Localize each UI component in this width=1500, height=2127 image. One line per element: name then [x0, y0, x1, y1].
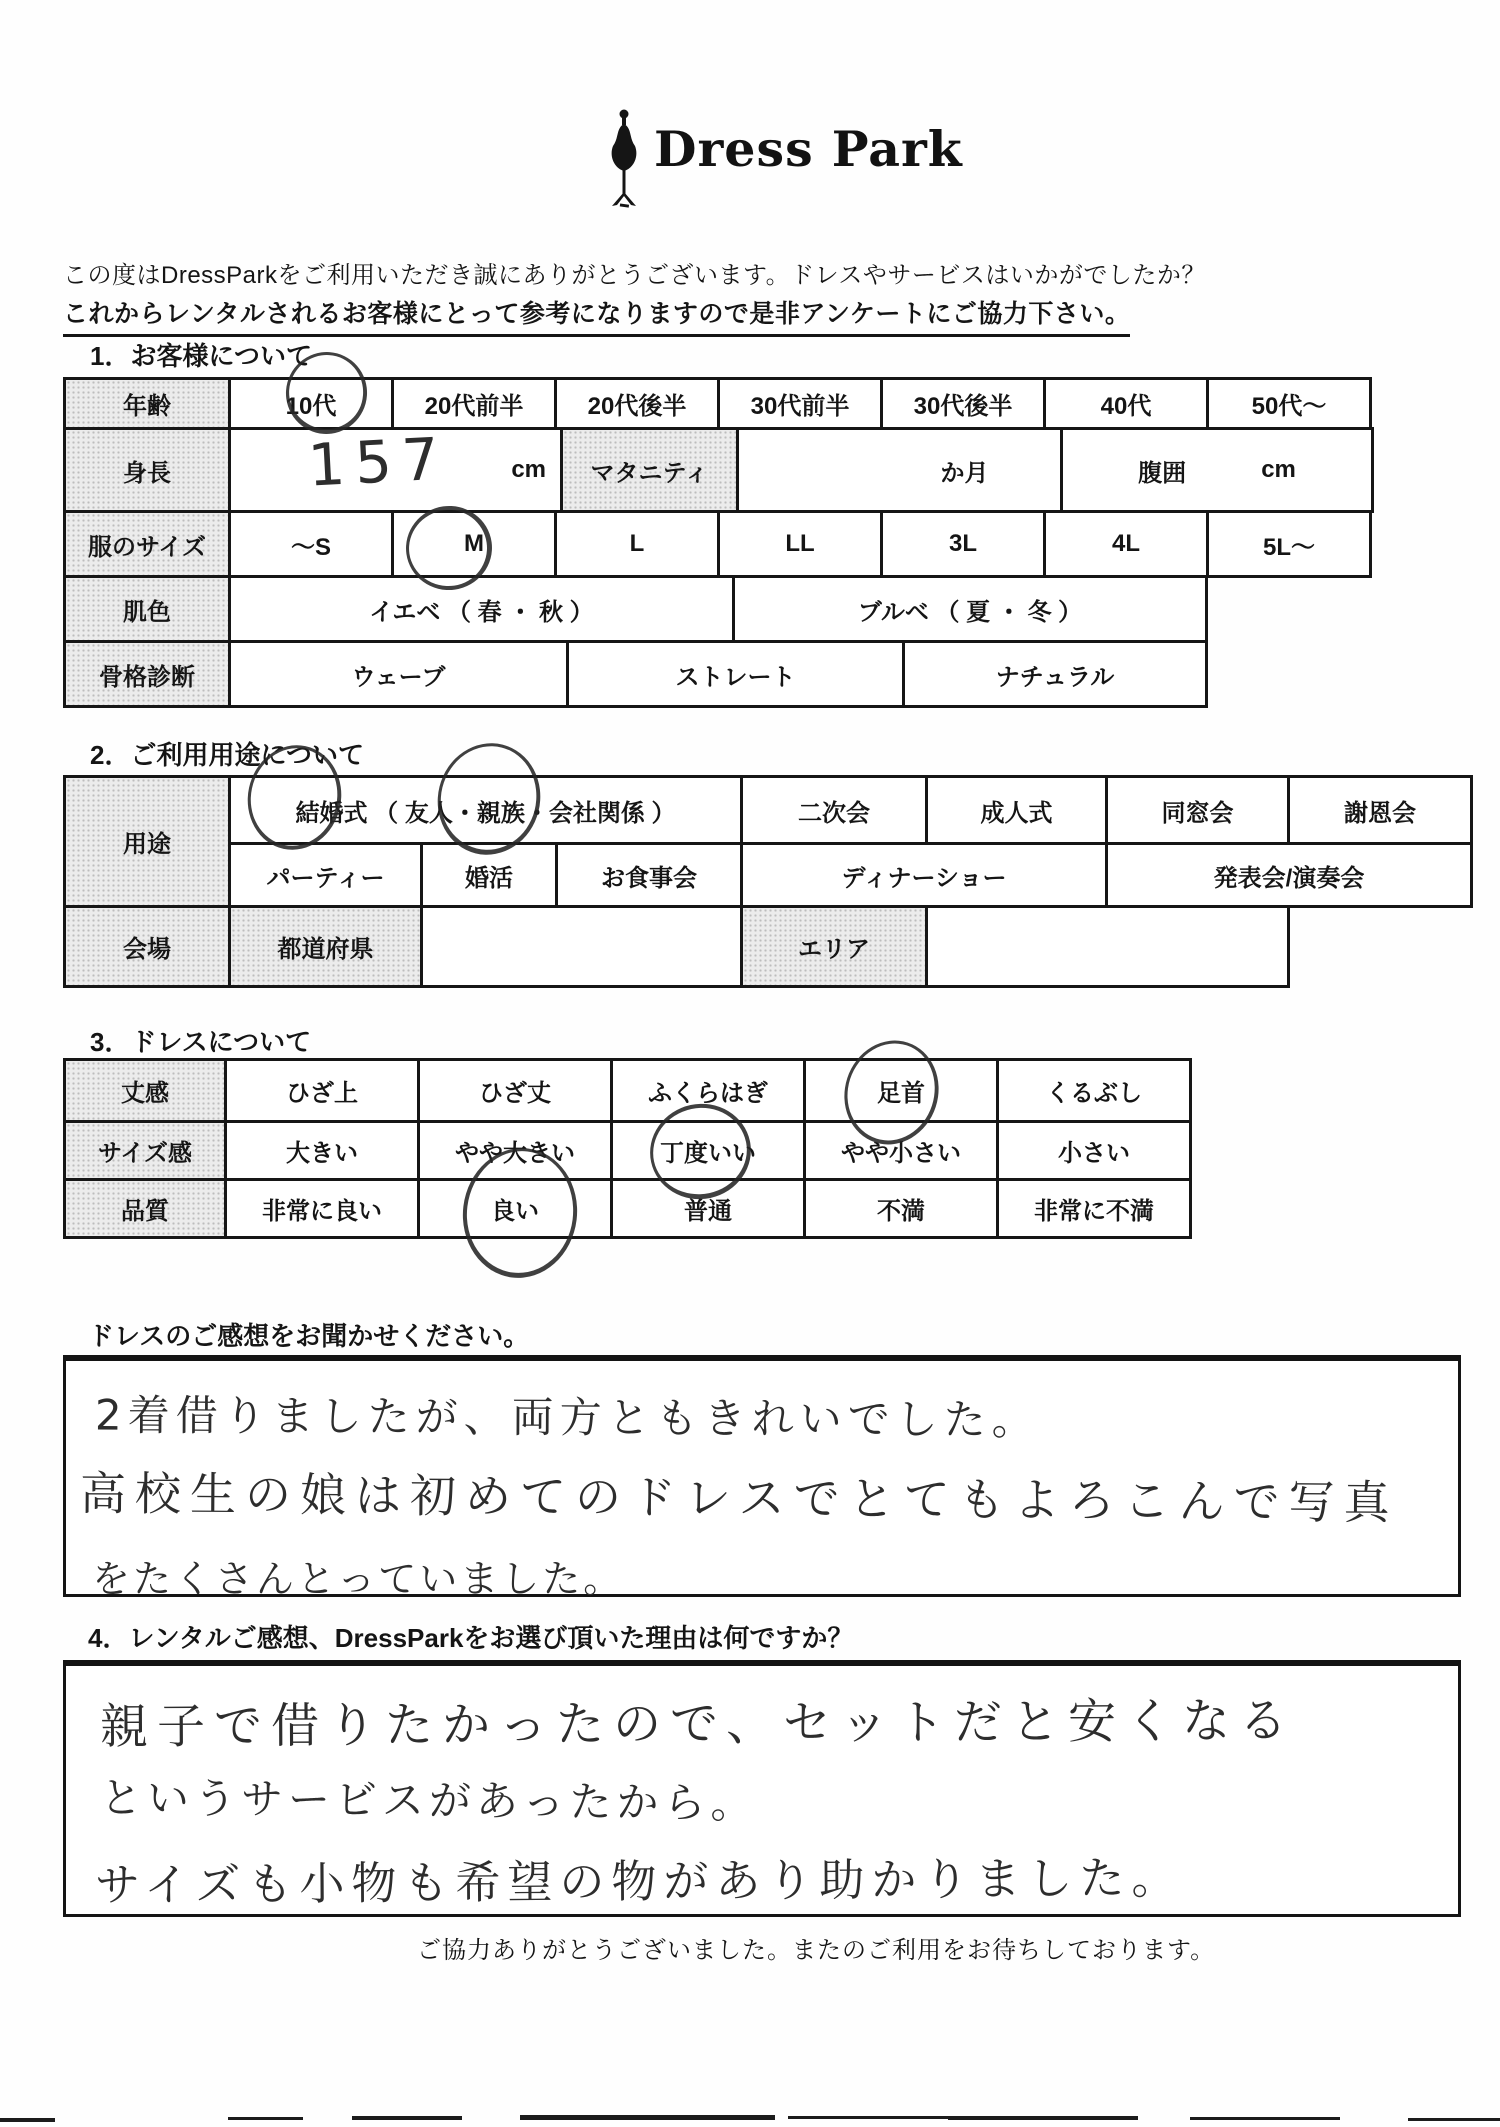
scan-artifact — [1190, 2117, 1340, 2120]
venue-row-label: 会場 — [63, 905, 231, 988]
fit-row-label: サイズ感 — [63, 1120, 227, 1181]
usage-row-1: 結婚式 （ 友人・親族・会社関係 ） 二次会 成人式 同窓会 謝恩会 — [228, 775, 1473, 845]
usage-option: お食事会 — [555, 842, 743, 908]
length-option: ひざ丈 — [417, 1058, 613, 1123]
height-unit-label: cm — [511, 456, 546, 484]
frame-option: ストレート — [566, 640, 905, 708]
age-row-label: 年齢 — [63, 377, 231, 430]
handwritten-reason-line: 親子で借りたかったので、セットだと安くなる — [100, 1682, 1296, 1757]
scan-artifact — [520, 2115, 775, 2120]
age-option: 30代後半 — [880, 377, 1046, 430]
length-row-label: 丈感 — [63, 1058, 227, 1123]
fit-row: サイズ感 大きい やや大きい 丁度いい やや小さい 小さい — [63, 1120, 1192, 1181]
frame-diagnosis-row: 骨格診断 ウェーブ ストレート ナチュラル — [63, 640, 1208, 708]
age-row: 年齢 10代 20代前半 20代後半 30代前半 30代後半 40代 50代〜 — [63, 377, 1372, 430]
logo-text: Dress Park — [654, 120, 963, 178]
quality-option: 不満 — [803, 1178, 999, 1239]
usage-option: ディナーショー — [740, 842, 1108, 908]
handwritten-height-value: 157 — [306, 424, 450, 499]
scan-artifact — [0, 2118, 55, 2122]
usage-row-label: 用途 — [63, 775, 231, 908]
quality-option: 非常に不満 — [996, 1178, 1192, 1239]
section1-heading: 1．お客様について — [90, 336, 312, 373]
frame-option: ナチュラル — [902, 640, 1208, 708]
usage-option: パーティー — [228, 842, 423, 908]
usage-option: 謝恩会 — [1287, 775, 1473, 845]
size-option: L — [554, 510, 720, 578]
height-row-label: 身長 — [63, 427, 231, 513]
handwritten-reason-line: サイズも小物も希望の物があり助かりました。 — [95, 1841, 1184, 1914]
section4-heading: 4．レンタルご感想、DressParkをお選び頂いた理由は何ですか？ — [88, 1618, 853, 1655]
size-option: LL — [717, 510, 883, 578]
usage-option: 二次会 — [740, 775, 928, 845]
skin-tone-row: 肌色 イエベ （ 春 ・ 秋 ） ブルベ （ 夏 ・ 冬 ） — [63, 575, 1208, 643]
size-option: 5L〜 — [1206, 510, 1372, 578]
handwritten-reason-line: というサービスがあったから。 — [100, 1765, 758, 1831]
dress-form-icon — [600, 108, 648, 212]
skin-row-label: 肌色 — [63, 575, 231, 643]
handwritten-dress-comment-line: 高校生の娘は初めてのドレスでとてもよろこんで写真 — [80, 1457, 1399, 1532]
usage-option: 同窓会 — [1105, 775, 1290, 845]
waist-unit-label: cm — [1261, 456, 1296, 484]
venue-row: 会場 都道府県 エリア — [63, 905, 1290, 988]
venue-area-blank — [925, 905, 1290, 988]
quality-row-label: 品質 — [63, 1178, 227, 1239]
size-option: 〜S — [228, 510, 394, 578]
venue-prefecture-label: 都道府県 — [228, 905, 423, 988]
scan-artifact — [1408, 2118, 1500, 2121]
section3-heading: 3．ドレスについて — [90, 1022, 311, 1059]
age-option: 50代〜 — [1206, 377, 1372, 430]
scan-artifact — [352, 2116, 462, 2120]
waist-label: 腹囲 — [1138, 453, 1186, 488]
customer-table: 年齢 10代 20代前半 20代後半 30代前半 30代後半 40代 50代〜 … — [63, 377, 1383, 709]
waist-cell: 腹囲 cm — [1060, 427, 1374, 513]
venue-prefecture-blank — [420, 905, 743, 988]
skin-option: ブルベ （ 夏 ・ 冬 ） — [732, 575, 1208, 643]
handwritten-dress-comment-line: 2着借りましたが、両方ともきれいでした。 — [95, 1383, 1040, 1448]
skin-option: イエベ （ 春 ・ 秋 ） — [228, 575, 735, 643]
fit-option: 小さい — [996, 1120, 1192, 1181]
quality-option: 非常に良い — [224, 1178, 420, 1239]
length-option: ひざ上 — [224, 1058, 420, 1123]
months-label: か月 — [941, 453, 989, 488]
scan-artifact — [948, 2116, 1138, 2120]
usage-row-2: パーティー 婚活 お食事会 ディナーショー 発表会/演奏会 — [228, 842, 1473, 908]
clothing-size-row: 服のサイズ 〜S M L LL 3L 4L 5L〜 — [63, 510, 1372, 578]
age-option: 20代後半 — [554, 377, 720, 430]
scan-artifact — [228, 2117, 303, 2120]
frame-option: ウェーブ — [228, 640, 569, 708]
dress-feedback-prompt: ドレスのご感想をお聞かせください。 — [88, 1316, 529, 1353]
fit-option: 大きい — [224, 1120, 420, 1181]
age-option: 20代前半 — [391, 377, 557, 430]
frame-row-label: 骨格診断 — [63, 640, 231, 708]
survey-page: Dress Park この度はDressParkをご利用いただき誠にありがとうご… — [0, 0, 1500, 2127]
venue-area-label: エリア — [740, 905, 928, 988]
intro-thanks-text: この度はDressParkをご利用いただき誠にありがとうございます。ドレスやサー… — [63, 255, 1206, 290]
intro-request-text: これからレンタルされるお客様にとって参考になりますので是非アンケートにご協力下さ… — [63, 294, 1130, 337]
height-row: 身長 cm マタニティ か月 腹囲 cm — [63, 427, 1374, 513]
usage-option: 成人式 — [925, 775, 1108, 845]
length-row: 丈感 ひざ上 ひざ丈 ふくらはぎ 足首 くるぶし — [63, 1058, 1192, 1123]
age-option: 30代前半 — [717, 377, 883, 430]
footer-thanks-text: ご協力ありがとうございました。またのご利用をお待ちしております。 — [417, 1930, 1215, 1965]
age-option: 40代 — [1043, 377, 1209, 430]
maternity-label: マタニティ — [560, 427, 739, 513]
scan-artifact — [788, 2116, 953, 2119]
handwritten-dress-comment-line: をたくさんとっていました。 — [92, 1548, 624, 1603]
size-option: 3L — [880, 510, 1046, 578]
quality-row: 品質 非常に良い 良い 普通 不満 非常に不満 — [63, 1178, 1192, 1239]
size-option: 4L — [1043, 510, 1209, 578]
maternity-months-cell: か月 — [736, 427, 1063, 513]
size-row-label: 服のサイズ — [63, 510, 231, 578]
length-option: くるぶし — [996, 1058, 1192, 1123]
usage-option: 発表会/演奏会 — [1105, 842, 1473, 908]
